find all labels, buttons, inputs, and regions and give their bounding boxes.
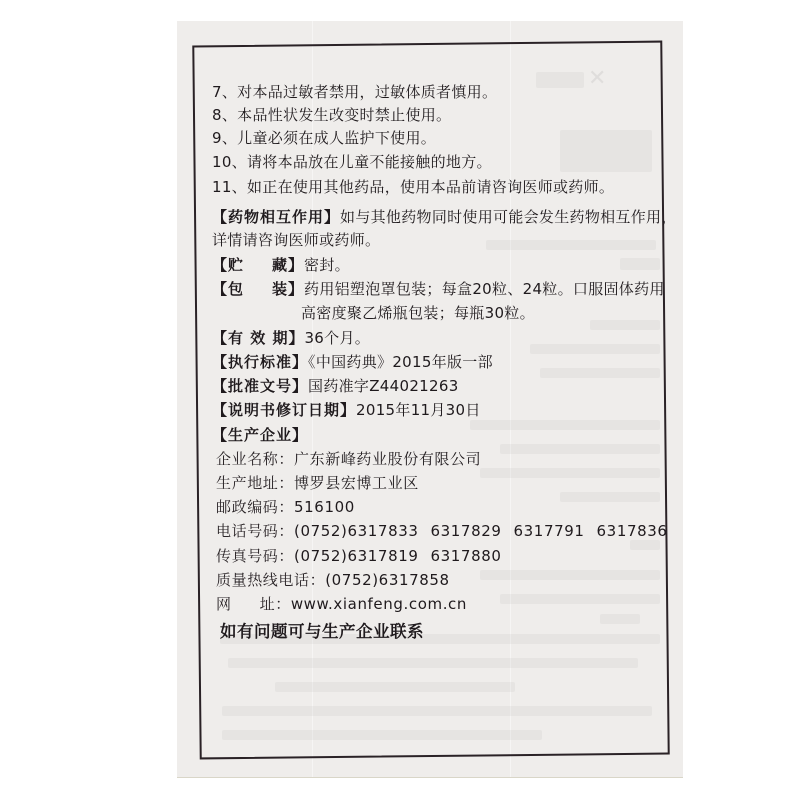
fax-number: (0752)6317819 [294, 547, 418, 565]
storage-header-open: 【贮 [212, 256, 244, 274]
revision-header: 【说明书修订日期】 [212, 401, 356, 419]
company-name-label: 企业名称： [216, 450, 294, 468]
address-label: 生产地址： [216, 474, 294, 492]
validity-section: 【有 效 期】36个月。 [212, 328, 370, 348]
website-label-2: 址： [260, 595, 291, 613]
fax-label: 传真号码： [216, 547, 294, 565]
phone-number: 6317829 [431, 522, 502, 540]
phone-number: 6317791 [514, 522, 585, 540]
storage-header-close: 藏】 [272, 256, 304, 274]
postcode-row: 邮政编码：516100 [216, 497, 355, 517]
interaction-text-cont: 详情请咨询医师或药师。 [212, 230, 380, 250]
warning-item-7: 7、对本品过敏者禁用，过敏体质者慎用。 [212, 82, 497, 102]
website-label-1: 网 [216, 595, 232, 613]
hotline-label: 质量热线电话： [216, 571, 325, 589]
approval-number: 国药准字Z44021263 [308, 377, 459, 395]
website-url: www.xianfeng.com.cn [291, 595, 467, 613]
revision-date: 2015年11月30日 [356, 401, 481, 419]
website-row: 网址：www.xianfeng.com.cn [216, 594, 467, 614]
packaging-header-open: 【包 [212, 280, 244, 298]
warning-item-10: 10、请将本品放在儿童不能接触的地方。 [212, 152, 492, 172]
fax-row: 传真号码：(0752)63178196317880 [216, 546, 502, 566]
warning-item-8: 8、本品性状发生改变时禁止使用。 [212, 105, 451, 125]
approval-header: 【批准文号】 [212, 377, 308, 395]
standard-value: 《中国药典》2015年版一部 [308, 353, 493, 371]
phone-number: 6317836 [597, 522, 668, 540]
warning-item-9: 9、儿童必须在成人监护下使用。 [212, 128, 436, 148]
phone-number: (0752)6317833 [294, 522, 418, 540]
hotline-row: 质量热线电话：(0752)6317858 [216, 570, 450, 590]
address-value: 博罗县宏博工业区 [294, 474, 419, 492]
phone-row: 电话号码：(0752)6317833631782963177916317836 [216, 521, 668, 541]
leaflet-content: 7、对本品过敏者禁用，过敏体质者慎用。 8、本品性状发生改变时禁止使用。 9、儿… [0, 0, 800, 800]
postcode-value: 516100 [294, 498, 355, 516]
standard-section: 【执行标准】《中国药典》2015年版一部 [212, 352, 493, 372]
phone-label: 电话号码： [216, 522, 294, 540]
packaging-header-close: 装】 [272, 280, 304, 298]
postcode-label: 邮政编码： [216, 498, 294, 516]
warning-item-11: 11、如正在使用其他药品，使用本品前请咨询医师或药师。 [212, 177, 614, 197]
validity-value: 36个月。 [304, 329, 370, 347]
storage-section: 【贮藏】密封。 [212, 255, 350, 275]
manufacturer-header: 【生产企业】 [212, 425, 308, 445]
address-row: 生产地址：博罗县宏博工业区 [216, 473, 419, 493]
standard-header: 【执行标准】 [212, 353, 308, 371]
storage-value: 密封。 [304, 256, 350, 274]
company-name-row: 企业名称：广东新峰药业股份有限公司 [216, 449, 481, 469]
hotline-number: (0752)6317858 [325, 571, 449, 589]
contact-manufacturer-note: 如有问题可与生产企业联系 [220, 622, 424, 642]
packaging-section: 【包装】药用铝塑泡罩包装；每盒20粒、24粒。口服固体药用 [212, 279, 665, 299]
packaging-value-cont: 高密度聚乙烯瓶包装；每瓶30粒。 [301, 303, 535, 323]
company-name-value: 广东新峰药业股份有限公司 [294, 450, 481, 468]
interaction-text: 如与其他药物同时使用可能会发生药物相互作用， [340, 208, 677, 226]
interaction-header: 【药物相互作用】 [212, 208, 340, 226]
manufacturer-header-text: 【生产企业】 [212, 426, 308, 444]
validity-header: 【有 效 期】 [212, 329, 304, 347]
fax-number: 6317880 [431, 547, 502, 565]
approval-section: 【批准文号】国药准字Z44021263 [212, 376, 459, 396]
revision-section: 【说明书修订日期】2015年11月30日 [212, 400, 481, 420]
interaction-section: 【药物相互作用】如与其他药物同时使用可能会发生药物相互作用， [212, 207, 677, 227]
packaging-value: 药用铝塑泡罩包装；每盒20粒、24粒。口服固体药用 [304, 280, 665, 298]
